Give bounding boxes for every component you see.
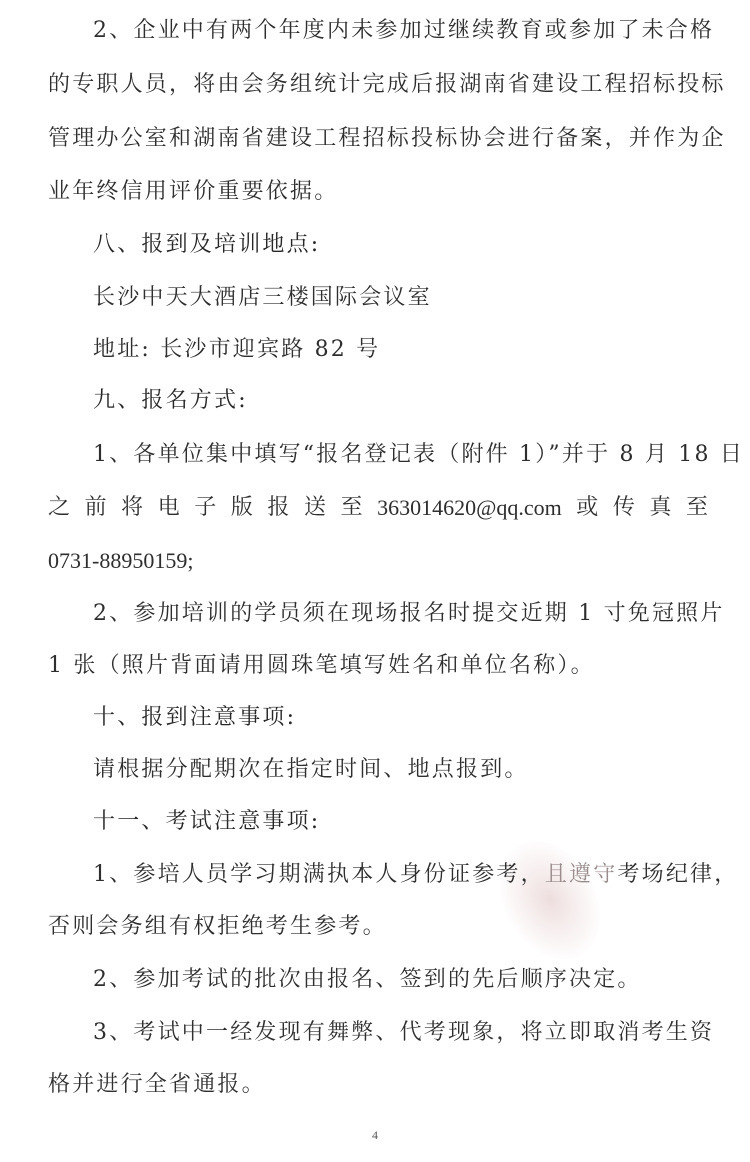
text-char: 前 (85, 493, 107, 523)
email-address: 363014620@qq.com (377, 493, 562, 523)
document-page: 2、企业中有两个年度内未参加过继续教育或参加了未合格 的专职人员，将由会务组统计… (0, 0, 750, 1162)
text-char: 版 (231, 493, 253, 523)
paragraph-line: 的专职人员，将由会务组统计完成后报湖南省建设工程招标投标 (48, 70, 708, 100)
text-char: 至 (341, 493, 363, 523)
venue-address: 地址: 长沙市迎宾路 82 号 (93, 335, 708, 365)
fax-number: 0731-88950159; (48, 546, 708, 576)
text-char: 之 (48, 493, 70, 523)
section-heading-9: 九、报名方式: (93, 386, 708, 416)
text-char: 报 (267, 493, 289, 523)
text-char: 传 (613, 493, 635, 523)
paragraph-line: 否则会务组有权拒绝考生参考。 (48, 912, 708, 942)
paragraph-line: 管理办公室和湖南省建设工程招标投标协会进行备案，并作为企 (48, 124, 708, 154)
text-segment: 1、参培人员学习期满执本人身份证参考， (93, 862, 545, 887)
paragraph-line: 2、参加考试的批次由报名、签到的先后顺序决定。 (93, 965, 708, 995)
text-char: 或 (576, 493, 598, 523)
paragraph-line: 业年终信用评价重要依据。 (48, 177, 708, 207)
section-heading-11: 十一、考试注意事项: (93, 807, 708, 837)
paragraph-line-justified: 之 前 将 电 子 版 报 送 至 363014620@qq.com 或 传 真… (48, 493, 708, 523)
text-char: 子 (194, 493, 216, 523)
paragraph-line: 1 张（照片背面请用圆珠笔填写姓名和单位名称）。 (48, 651, 708, 681)
paragraph-line: 3、考试中一经发现有舞弊、代考现象，将立即取消考生资 (93, 1018, 708, 1048)
text-char: 至 (686, 493, 708, 523)
paragraph-line: 2、企业中有两个年度内未参加过继续教育或参加了未合格 (93, 16, 708, 46)
text-char: 真 (649, 493, 671, 523)
text-char: 送 (304, 493, 326, 523)
text-segment-faded: 且遵守 (545, 862, 618, 887)
paragraph-line: 格并进行全省通报。 (48, 1070, 708, 1100)
page-number: 4 (372, 1128, 378, 1143)
paragraph-line: 1、参培人员学习期满执本人身份证参考，且遵守考场纪律， (93, 860, 708, 890)
section-heading-8: 八、报到及培训地点: (93, 230, 708, 260)
stamp-smudge (480, 823, 621, 977)
text-segment: 考场纪律， (617, 862, 738, 887)
venue-name: 长沙中天大酒店三楼国际会议室 (93, 283, 708, 313)
paragraph-line: 1、各单位集中填写“报名登记表（附件 1）”并于 8 月 18 日 (93, 440, 708, 470)
text-char: 将 (121, 493, 143, 523)
paragraph-line: 2、参加培训的学员须在现场报名时提交近期 1 寸免冠照片 (93, 599, 708, 629)
section-heading-10: 十、报到注意事项: (93, 703, 708, 733)
paragraph-line: 请根据分配期次在指定时间、地点报到。 (93, 755, 708, 785)
text-char: 电 (158, 493, 180, 523)
